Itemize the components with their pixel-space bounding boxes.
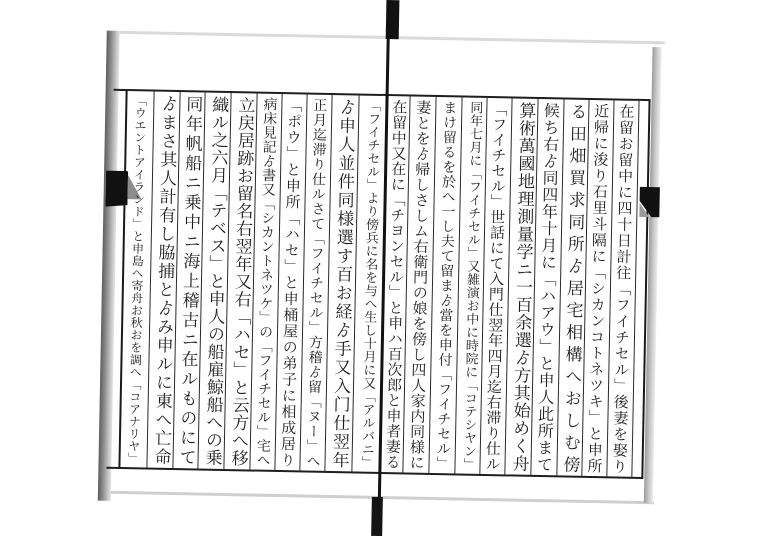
spine-top-bar bbox=[386, 0, 400, 39]
right-page-tab-marker bbox=[637, 185, 664, 221]
manuscript-spread: 在留お留中に四十日計往「フイチセル」後妻を娶り 近帰に浚り石里斗隔に「シカンコト… bbox=[0, 0, 768, 536]
spine-bottom-bar bbox=[371, 497, 383, 536]
binding-edge bbox=[98, 31, 120, 501]
